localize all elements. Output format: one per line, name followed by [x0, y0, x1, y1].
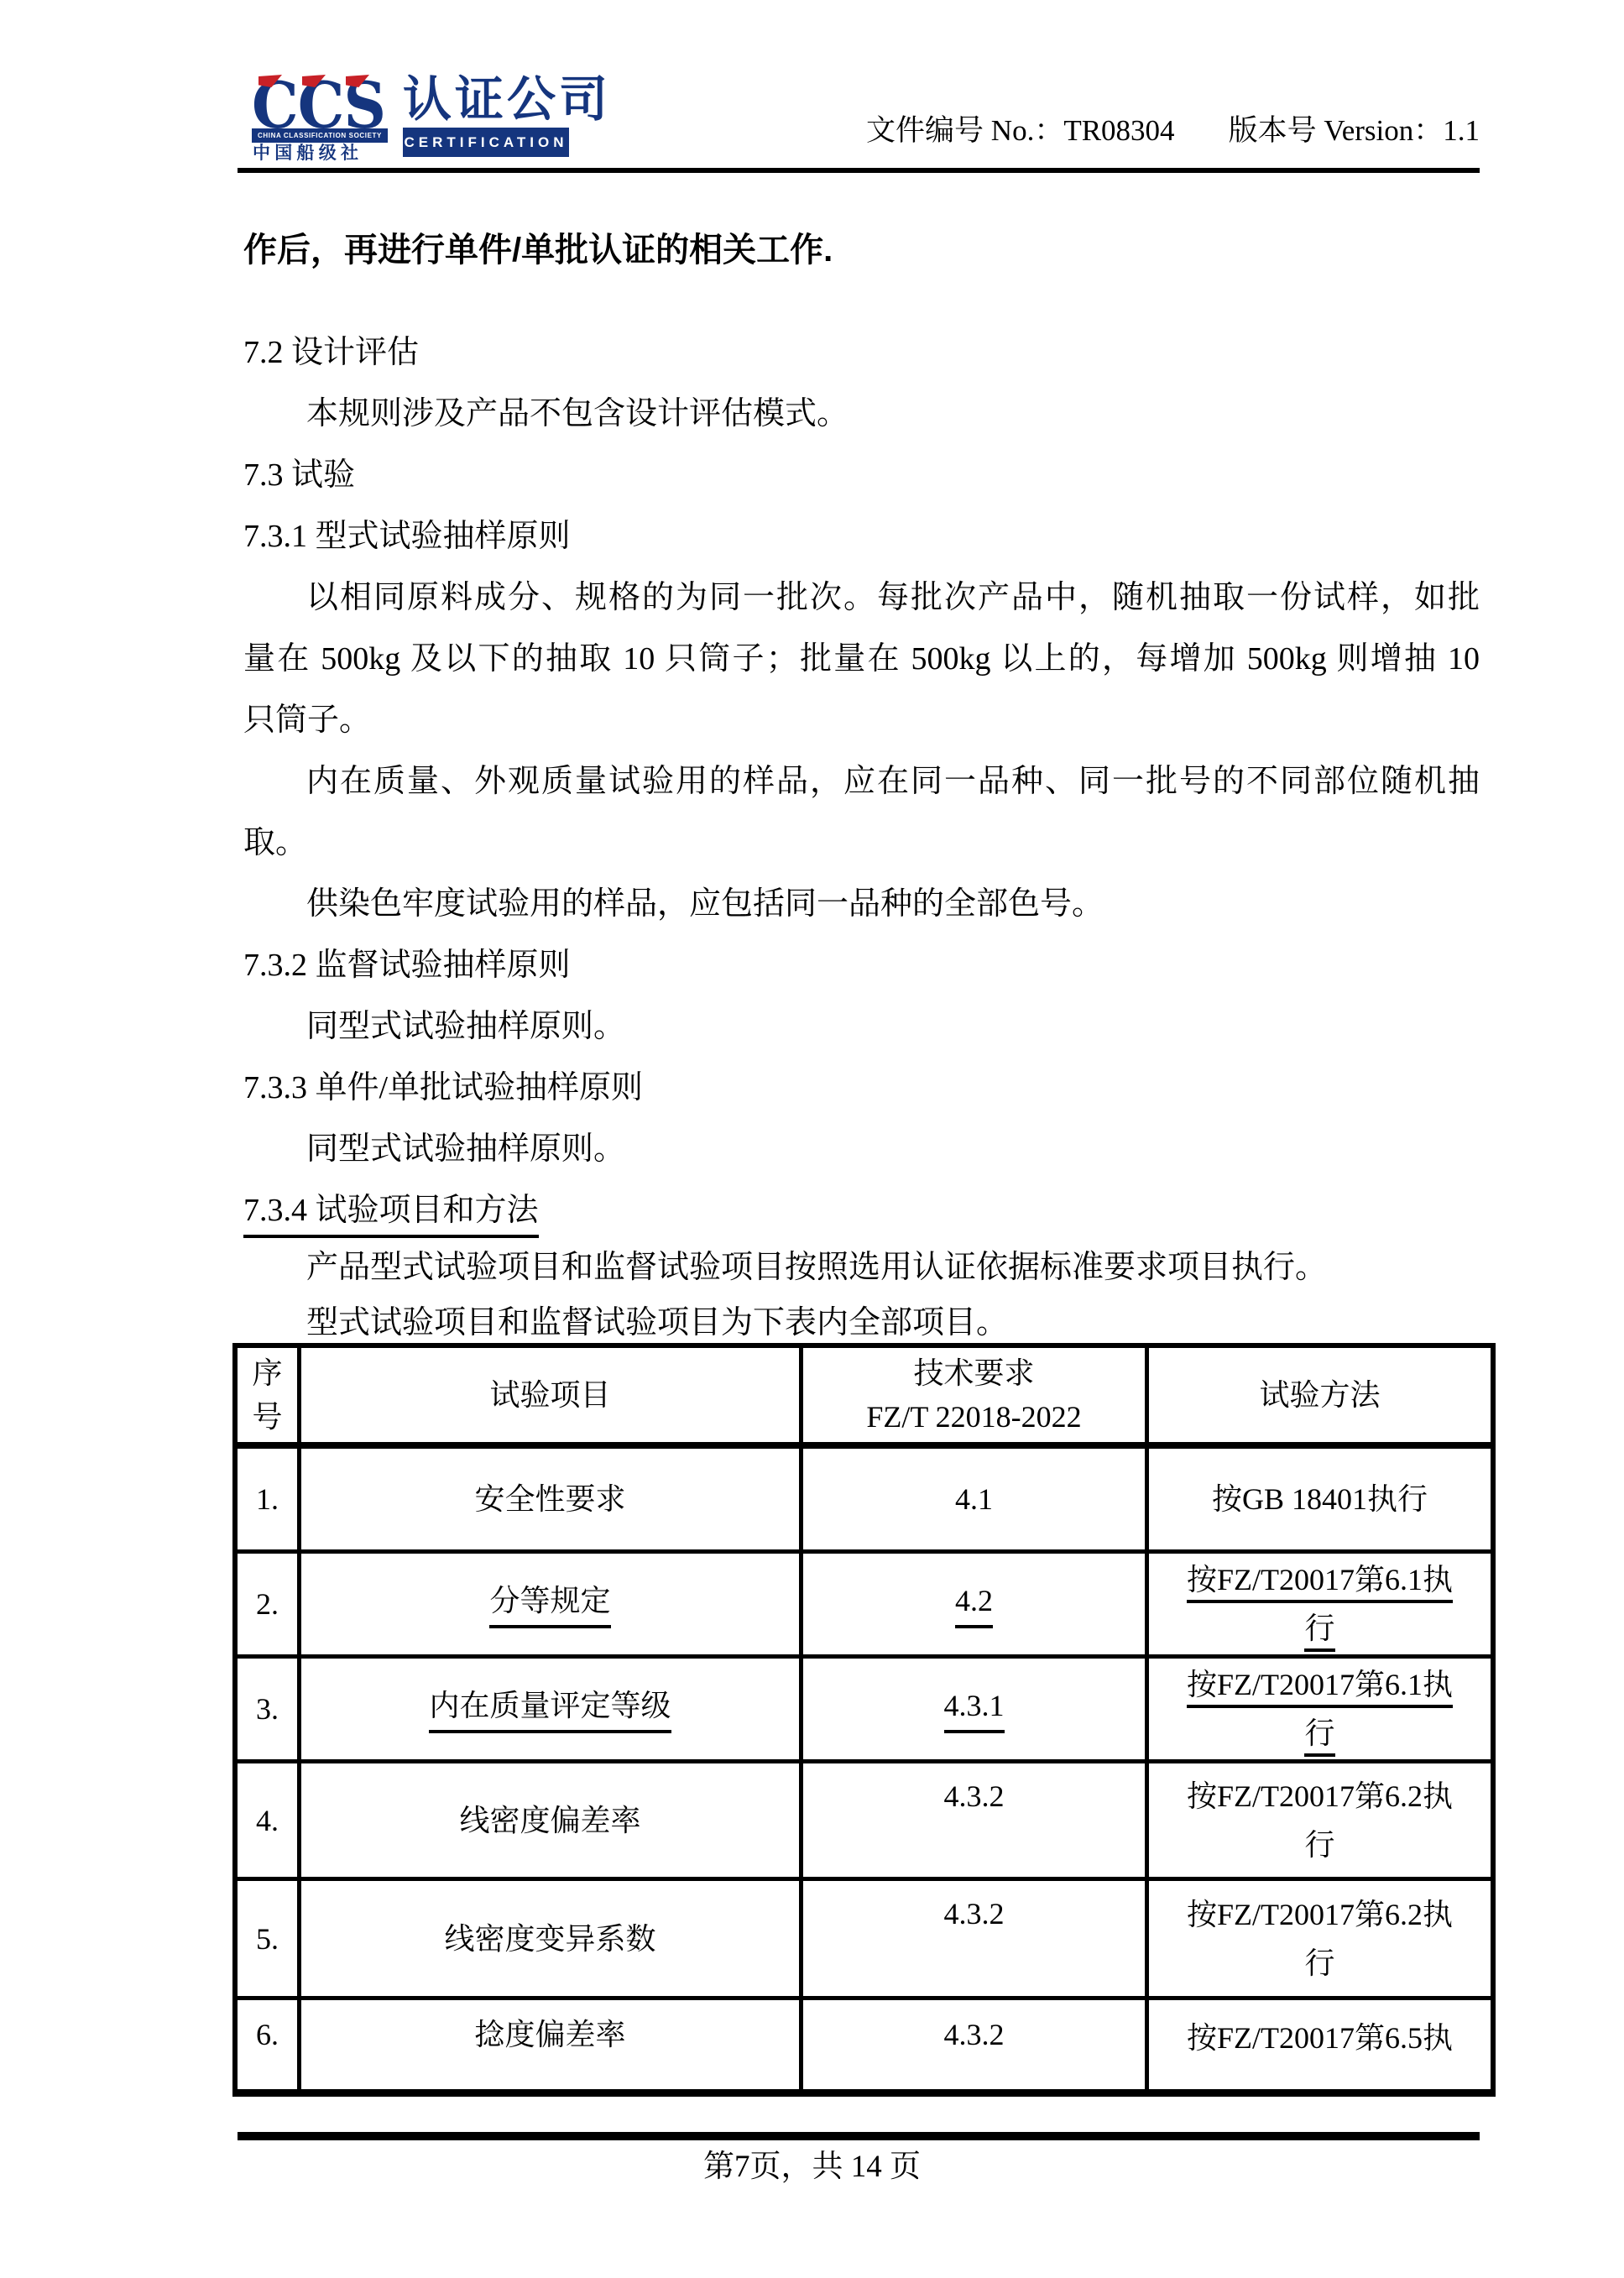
ccs-logo: CCS CHINA CLASSIFICATION SOCIETY 中 国 船 级…: [252, 80, 571, 160]
table-row-4-item: 线密度偏差率: [301, 1763, 803, 1881]
method-line: 行: [1304, 1821, 1334, 1869]
table-row-4-seq: 4.: [238, 1763, 301, 1881]
body-line: 取。: [243, 819, 1480, 866]
table-row-2-item: 分等规定: [301, 1554, 803, 1659]
underlined-cell-text: 4.3.1: [944, 1685, 1005, 1733]
ccs-society-banner: CHINA CLASSIFICATION SOCIETY: [252, 128, 388, 143]
test-items-table: 序 号 试验项目 技术要求 FZ/T 22018-2022 试验方法 1. 安全…: [232, 1343, 1496, 2097]
doc-version: 版本号 Version：1.1: [1229, 114, 1480, 147]
table-row-3-method: 按FZ/T20017第6.1执 行: [1149, 1659, 1491, 1763]
body-line: 同型式试验抽样原则。: [243, 1126, 1480, 1173]
col-header-method: 试验方法: [1149, 1348, 1491, 1449]
col-header-req-line1: 技术要求: [913, 1351, 1034, 1395]
table-row-3-req: 4.3.1: [803, 1659, 1149, 1763]
section-heading: 7.3 试验: [243, 452, 1480, 499]
table-row-3-seq: 3.: [238, 1659, 301, 1763]
underlined-cell-text: 分等规定: [489, 1580, 610, 1628]
ccs-society-cn: 中 国 船 级 社: [253, 144, 387, 162]
body-line: 量在 500kg 及以下的抽取 10 只筒子；批量在 500kg 以上的，每增加…: [243, 635, 1480, 682]
underlined-heading-text: 7.3.4 试验项目和方法: [243, 1193, 539, 1238]
table-row-2-req: 4.2: [803, 1554, 1149, 1659]
table-row-5-item: 线密度变异系数: [301, 1881, 803, 2000]
table-row-5-method: 按FZ/T20017第6.2执 行: [1149, 1881, 1491, 2000]
table-row-1-item: 安全性要求: [301, 1449, 803, 1554]
table-row-5-req: 4.3.2: [803, 1881, 1149, 2000]
header-rule: [238, 168, 1480, 173]
header-meta: 文件编号 No.：TR08304版本号 Version：1.1: [866, 106, 1480, 156]
table-row-1-req: 4.1: [803, 1449, 1149, 1554]
col-header-method-text: 试验方法: [1259, 1374, 1380, 1416]
body-line: 只筒子。: [243, 697, 1480, 744]
table-row-1-seq: 1.: [238, 1449, 301, 1554]
col-header-item: 试验项目: [301, 1348, 803, 1449]
table-row-6-req: 4.3.2: [803, 2000, 1149, 2089]
col-header-seq-line1: 序: [252, 1351, 282, 1395]
body-line: 作后，再进行单件/单批认证的相关工作.: [243, 225, 1480, 275]
body-line: 内在质量、外观质量试验用的样品，应在同一品种、同一批号的不同部位随机抽: [243, 758, 1480, 805]
table-row-2-method: 按FZ/T20017第6.1执 行: [1149, 1554, 1491, 1659]
section-heading: 7.3.1 型式试验抽样原则: [243, 513, 1480, 560]
body-line: 同型式试验抽样原则。: [243, 1003, 1480, 1050]
certification-company-label: 认证公司: [403, 75, 611, 125]
method-line: 按GB 18401执行: [1212, 1475, 1428, 1523]
document-page: CCS CHINA CLASSIFICATION SOCIETY 中 国 船 级…: [0, 0, 1624, 2278]
underlined-cell-text: 内在质量评定等级: [429, 1685, 671, 1733]
col-header-seq: 序 号: [238, 1348, 301, 1449]
method-line: 行: [1304, 1709, 1334, 1758]
body-line: 产品型式试验项目和监督试验项目按照选用认证依据标准要求项目执行。: [243, 1244, 1480, 1291]
section-heading: 7.3.3 单件/单批试验抽样原则: [243, 1064, 1480, 1111]
method-line: 行: [1304, 1604, 1334, 1653]
method-line: 按FZ/T20017第6.2执: [1187, 1890, 1453, 1939]
col-header-seq-line2: 号: [252, 1395, 282, 1439]
table-row-4-method: 按FZ/T20017第6.2执 行: [1149, 1763, 1491, 1881]
method-line: 按FZ/T20017第6.1执: [1187, 1555, 1453, 1604]
table-row-6-item: 捻度偏差率: [301, 2000, 803, 2089]
footer-rule: [238, 2132, 1480, 2140]
table-row-6-seq: 6.: [238, 2000, 301, 2089]
ccs-wordmark: CCS: [252, 80, 385, 132]
col-header-requirement: 技术要求 FZ/T 22018-2022: [803, 1348, 1149, 1449]
certification-banner: CERTIFICATION: [403, 128, 569, 157]
method-line: 行: [1304, 1939, 1334, 1988]
table-row-4-req: 4.3.2: [803, 1763, 1149, 1881]
table-row-6-method: 按FZ/T20017第6.5执: [1149, 2000, 1491, 2089]
page-number: 第7页，共 14 页: [0, 2144, 1624, 2191]
table-row-3-item: 内在质量评定等级: [301, 1659, 803, 1763]
underlined-cell-text: 4.2: [955, 1580, 993, 1628]
table-row-5-seq: 5.: [238, 1881, 301, 2000]
method-line: 按FZ/T20017第6.1执: [1187, 1660, 1453, 1709]
section-heading: 7.3.2 监督试验抽样原则: [243, 942, 1480, 989]
body-line: 供染色牢度试验用的样品，应包括同一品种的全部色号。: [243, 880, 1480, 927]
doc-number: 文件编号 No.：TR08304: [866, 114, 1175, 147]
method-line: 按FZ/T20017第6.2执: [1187, 1772, 1453, 1821]
col-header-req-line2: FZ/T 22018-2022: [866, 1395, 1081, 1439]
section-heading: 7.2 设计评估: [243, 329, 1480, 376]
body-line: 本规则涉及产品不包含设计评估模式。: [243, 390, 1480, 437]
col-header-item-text: 试验项目: [489, 1374, 610, 1416]
body-line: 以相同原料成分、规格的为同一批次。每批次产品中，随机抽取一份试样，如批: [243, 574, 1480, 621]
method-line: 按FZ/T20017第6.5执: [1187, 2014, 1453, 2062]
table-row-2-seq: 2.: [238, 1554, 301, 1659]
body-line: 型式试验项目和监督试验项目为下表内全部项目。: [243, 1299, 1480, 1346]
section-heading-underlined: 7.3.4 试验项目和方法: [243, 1187, 1480, 1234]
table-row-1-method: 按GB 18401执行: [1149, 1449, 1491, 1554]
